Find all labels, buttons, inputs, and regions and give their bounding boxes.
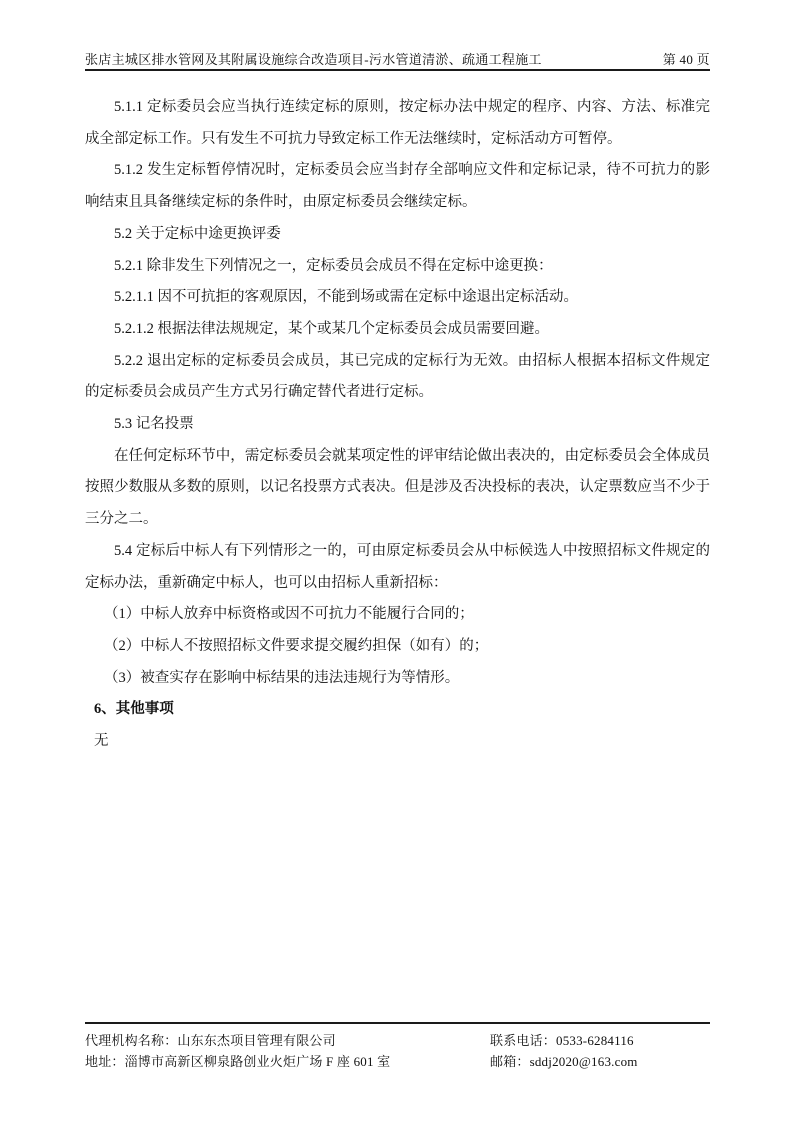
page-footer: 代理机构名称：山东东杰项目管理有限公司 地址：淄博市高新区柳泉路创业火炬广场 F…	[85, 1022, 710, 1072]
footer-phone: 联系电话：0533-6284116	[490, 1030, 710, 1051]
list-item-3: （3）被查实存在影响中标结果的违法违规行为等情形。	[85, 663, 710, 695]
clause-5-2-2: 5.2.2 退出定标的定标委员会成员，其已完成的定标行为无效。由招标人根据本招标…	[85, 346, 710, 409]
footer-agency-name: 代理机构名称：山东东杰项目管理有限公司	[85, 1030, 490, 1051]
footer-email: 邮箱：sddj2020@163.com	[490, 1051, 710, 1072]
list-item-2: （2）中标人不按照招标文件要求提交履约担保（如有）的；	[85, 631, 710, 663]
clause-5-3-body: 在任何定标环节中，需定标委员会就某项定性的评审结论做出表决的，由定标委员会全体成…	[85, 441, 710, 536]
clause-5-1-1: 5.1.1 定标委员会应当执行连续定标的原则，按定标办法中规定的程序、内容、方法…	[85, 92, 710, 155]
document-body: 5.1.1 定标委员会应当执行连续定标的原则，按定标办法中规定的程序、内容、方法…	[85, 92, 710, 758]
clause-5-1-2: 5.1.2 发生定标暂停情况时，定标委员会应当封存全部响应文件和定标记录，待不可…	[85, 155, 710, 218]
clause-5-3: 5.3 记名投票	[85, 409, 710, 441]
section-6-body: 无	[85, 726, 710, 758]
clause-5-2-1-2: 5.2.1.2 根据法律法规规定，某个或某几个定标委员会成员需要回避。	[85, 314, 710, 346]
header-page-number: 第 40 页	[663, 52, 710, 67]
header-document-title: 张店主城区排水管网及其附属设施综合改造项目-污水管道清淤、疏通工程施工	[85, 52, 542, 67]
section-6-heading: 6、其他事项	[85, 694, 710, 726]
clause-5-4: 5.4 定标后中标人有下列情形之一的，可由原定标委员会从中标候选人中按照招标文件…	[85, 536, 710, 599]
page-header: 张店主城区排水管网及其附属设施综合改造项目-污水管道清淤、疏通工程施工 第 40…	[85, 52, 710, 71]
footer-address: 地址：淄博市高新区柳泉路创业火炬广场 F 座 601 室	[85, 1051, 490, 1072]
footer-right-column: 联系电话：0533-6284116 邮箱：sddj2020@163.com	[490, 1030, 710, 1072]
clause-5-2-1-1: 5.2.1.1 因不可抗拒的客观原因，不能到场或需在定标中途退出定标活动。	[85, 282, 710, 314]
footer-left-column: 代理机构名称：山东东杰项目管理有限公司 地址：淄博市高新区柳泉路创业火炬广场 F…	[85, 1030, 490, 1072]
clause-5-2-1: 5.2.1 除非发生下列情况之一，定标委员会成员不得在定标中途更换：	[85, 251, 710, 283]
clause-5-2: 5.2 关于定标中途更换评委	[85, 219, 710, 251]
list-item-1: （1）中标人放弃中标资格或因不可抗力不能履行合同的；	[85, 599, 710, 631]
